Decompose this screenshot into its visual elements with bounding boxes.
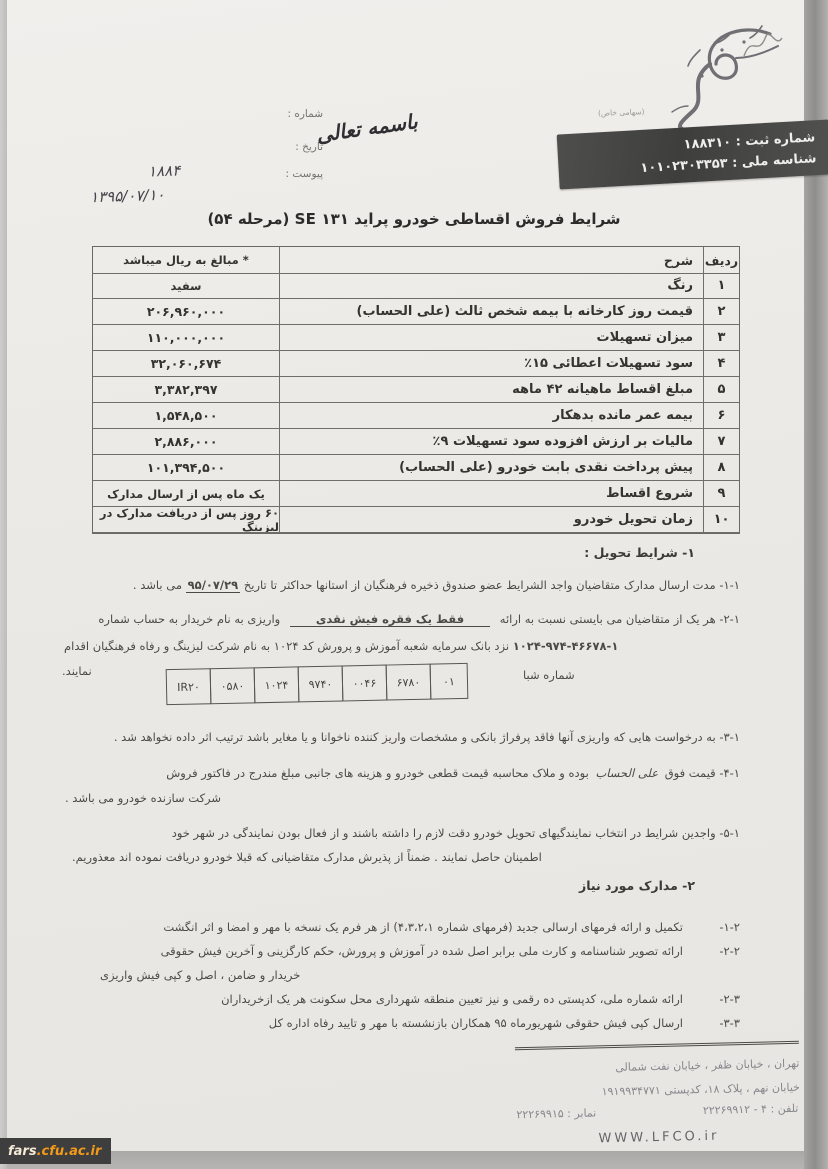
row-desc-cell: مالیات بر ارزش افزوده سود تسهیلات ۹٪: [279, 429, 703, 455]
section2-heading: ۲- مدارک مورد نیاز: [579, 878, 695, 893]
watermark-site-prefix: fars: [8, 1144, 37, 1159]
row-value-cell: ۲,۸۸۶,۰۰۰: [93, 429, 279, 455]
clause-1-1: ۱-۱- مدت ارسال مدارک متقاضیان واجد الشرا…: [133, 578, 740, 592]
row-value-cell: ۲۰۶,۹۶۰,۰۰۰: [93, 299, 279, 325]
doc-item-number: ۲-۳-: [719, 992, 740, 1006]
row-desc-cell: سود تسهیلات اعطائی ۱۵٪: [279, 351, 703, 377]
doc-item-text: ارائه تصویر شناسنامه و کارت ملی برابر اص…: [161, 944, 683, 958]
row-value-cell: سفید: [93, 273, 279, 299]
row-desc-cell: رنگ: [279, 273, 703, 299]
watermark-site-suffix: .cfu.ac.ir: [37, 1144, 102, 1159]
clause-1-1-text: ۱-۱- مدت ارسال مدارک متقاضیان واجد الشرا…: [244, 578, 740, 592]
doc-item-text: ارسال کپی فیش حقوقی شهریورماه ۹۵ همکاران…: [269, 1016, 683, 1030]
scanner-bottom-band: [0, 1151, 804, 1169]
clause-1-2-text: ۲-۱- هر یک از متقاضیان می بایستی نسبت به…: [500, 612, 740, 626]
clause-1-4-line2: شرکت سازنده خودرو می باشد .: [65, 791, 221, 805]
number-field-label: شماره :: [287, 108, 323, 120]
watermark-badge: fars.cfu.ac.ir: [0, 1138, 111, 1164]
pen-scribble-mark: [742, 30, 784, 62]
scanner-left-band: [0, 0, 7, 1169]
clause-1-2-tail: واریزی به نام خریدار به حساب شماره: [98, 612, 280, 626]
footer-block: تهران ، خیابان ظفر ، خیابان نفت شمالی خی…: [515, 1041, 801, 1148]
clause-1-4-line1: ۴-۱- قیمت فوق علی الحساب بوده و ملاک محا…: [166, 766, 740, 780]
row-desc-cell: مبلغ اقساط ماهیانه ۴۲ ماهه: [279, 377, 703, 403]
sheba-cell: ۱۰۲۴: [254, 666, 300, 703]
clause-1-1-tail: می باشد .: [133, 578, 182, 592]
doc-item-number: ۱-۲-: [719, 920, 740, 934]
handwritten-attachment-number: ۱۸۸۴: [148, 161, 181, 180]
clause-1-2-bank-text: نزد بانک سرمایه شعبه آموزش و پرورش کد ۱۰…: [64, 639, 509, 653]
row-no-cell: ۸: [703, 455, 739, 481]
footer-fax: نمابر : ۲۲۲۶۹۹۱۵: [516, 1106, 596, 1121]
row-value-cell: ۳,۳۸۲,۳۹۷: [93, 377, 279, 403]
row-desc-cell: بیمه عمر مانده بدهکار: [279, 403, 703, 429]
clause-1-5-line2: اطمینان حاصل نمایند . ضمناً از پذیرش مدا…: [72, 850, 542, 864]
scanned-document: شماره : تاریخ : پیوست : ۱۸۸۴ ۱۳۹۵/۰۷/۱۰ …: [0, 0, 828, 1169]
deadline-date: ۹۵/۰۷/۲۹: [186, 578, 241, 593]
row-no-cell: ۳: [703, 325, 739, 351]
row-desc-cell: قیمت روز کارخانه با بیمه شخص ثالث (علی ا…: [279, 299, 703, 325]
row-value-cell: ۱۰۱,۳۹۴,۵۰۰: [93, 455, 279, 481]
row-desc-cell: پیش پرداخت نقدی بابت خودرو (علی الحساب): [279, 455, 703, 481]
clause-1-3: ۳-۱- به درخواست هایی که واریزی آنها فاقد…: [114, 730, 740, 744]
attachment-field-label: پیوست :: [286, 168, 324, 180]
sheba-cell: ۹۷۴۰: [298, 665, 344, 702]
logo-caption: (سهامی خاص): [598, 107, 645, 118]
sheba-cell: IR۲۰: [166, 668, 212, 705]
sheba-cell: ۰۵۸۰: [210, 667, 256, 704]
clause-1-2-line2: ۱۰۲۴-۹۷۴-۴۶۶۷۸-۱ نزد بانک سرمایه شعبه آم…: [64, 639, 618, 653]
row-no-cell: ۶: [703, 403, 739, 429]
footer-website-link[interactable]: WWW.LFCO.ir: [598, 1129, 719, 1147]
row-no-cell: ۴: [703, 351, 739, 377]
row-no-cell: ۵: [703, 377, 739, 403]
terms-table: ردیف شرح * مبالغ به ریال میباشد ۱ رنگ سف…: [92, 246, 740, 534]
sheba-cell: ۰۰۴۶: [342, 665, 388, 702]
clause-1-4-text: ۴-۱- قیمت فوق: [665, 766, 740, 780]
sheba-cell: ۰۱: [430, 663, 469, 700]
on-account-emphasis: علی الحساب: [595, 766, 658, 780]
doc-item-text: ارائه شماره ملی، کدپستی ده رقمی و نیز تع…: [221, 992, 683, 1006]
handwritten-date: ۱۳۹۵/۰۷/۱۰: [90, 186, 165, 207]
doc-item-number: ۲-۲-: [719, 944, 740, 958]
bank-account-number: ۱۰۲۴-۹۷۴-۴۶۶۷۸-۱: [513, 639, 619, 653]
row-no-cell: ۱۰: [703, 507, 739, 533]
clause-1-2-line1: ۲-۱- هر یک از متقاضیان می بایستی نسبت به…: [98, 612, 740, 626]
footer-address-line2: خیابان نهم ، پلاک ۱۸، کدپستی ۱۹۱۹۹۳۴۷۷۱: [516, 1076, 800, 1106]
table-header-row-no: ردیف: [703, 247, 739, 274]
row-no-cell: ۱: [703, 273, 739, 299]
row-value-cell: ۳۲,۰۶۰,۶۷۴: [93, 351, 279, 377]
row-value-cell: یک ماه پس از ارسال مدارک: [93, 481, 279, 507]
row-no-cell: ۷: [703, 429, 739, 455]
sheba-number-label: شماره شبا: [523, 668, 575, 682]
sheba-cell: ۶۷۸۰: [386, 664, 432, 701]
row-desc-cell: شروع اقساط: [279, 481, 703, 507]
row-no-cell: ۲: [703, 299, 739, 325]
clause-1-5-line1: ۵-۱- واجدین شرایط در انتخاب نمایندگیهای …: [172, 826, 740, 840]
clause-1-2-end: نمایند.: [62, 664, 92, 678]
row-value-cell: ۱۱۰,۰۰۰,۰۰۰: [93, 325, 279, 351]
table-header-description: شرح: [279, 247, 703, 274]
row-desc-cell: زمان تحویل خودرو: [279, 507, 703, 533]
doc-item-text: تکمیل و ارائه فرمهای ارسالی جدید (فرمهای…: [163, 920, 683, 934]
row-desc-cell: میزان تسهیلات: [279, 325, 703, 351]
doc-item-text-continued: خریدار و ضامن ، اصل و کپی فیش واریزی: [100, 968, 300, 982]
section1-heading: ۱- شرایط تحویل :: [584, 545, 695, 560]
row-no-cell: ۹: [703, 481, 739, 507]
clause-1-4-tail: بوده و ملاک محاسبه قیمت قطعی خودرو و هزی…: [166, 766, 589, 780]
doc-item-number: ۳-۳-: [719, 1016, 740, 1030]
footer-phone: تلفن : ۴ - ۲۲۲۶۹۹۱۲: [703, 1102, 799, 1117]
document-title: شرایط فروش اقساطی خودرو پراید SE ۱۳۱ (مر…: [164, 210, 664, 228]
row-value-cell: ۱,۵۴۸,۵۰۰: [93, 403, 279, 429]
sheba-number-table: IR۲۰ ۰۵۸۰ ۱۰۲۴ ۹۷۴۰ ۰۰۴۶ ۶۷۸۰ ۰۱: [167, 663, 469, 705]
table-header-amount: * مبالغ به ریال میباشد: [93, 247, 279, 274]
cash-slip-emphasis: فقط یک فقره فیش نقدی: [290, 612, 490, 627]
row-value-cell: ۶۰ روز پس از دریافت مدارک در لیزینگ: [93, 507, 279, 533]
